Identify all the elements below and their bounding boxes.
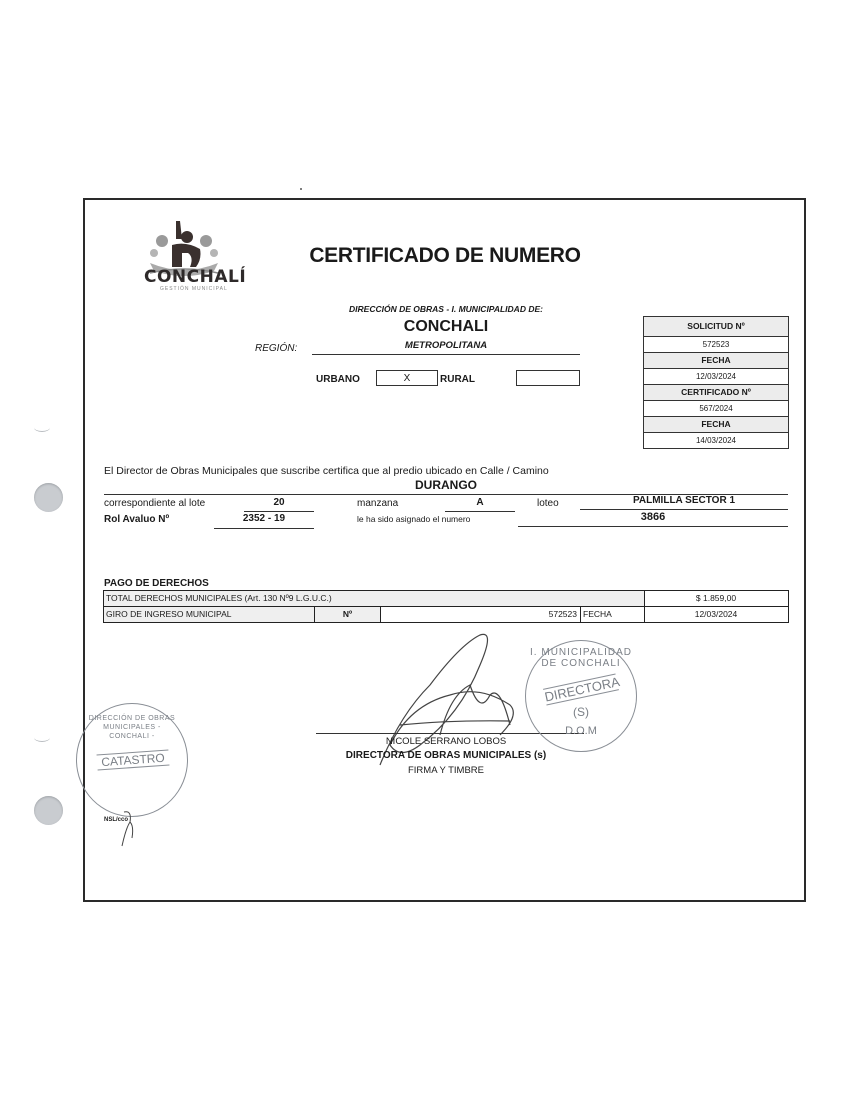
lote-value: 20	[244, 497, 314, 508]
catastro-stamp: DIRECCIÓN DE OBRAS MUNICIPALES - CONCHAL…	[76, 703, 188, 817]
payment-table: TOTAL DERECHOS MUNICIPALES (Art. 130 Nº9…	[103, 590, 789, 623]
punch-mark	[34, 423, 50, 432]
certification-statement: El Director de Obras Municipales que sus…	[104, 465, 549, 477]
urbano-checkbox: X	[376, 370, 438, 386]
stamp-center-text: CATASTRO	[97, 750, 170, 771]
loteo-underline	[580, 509, 788, 510]
stamp-bottom-text: D.O.M	[526, 725, 636, 737]
rol-underline	[214, 528, 314, 529]
municipality-name: CONCHALI	[312, 318, 580, 336]
logo-text: CONCHALÍ	[144, 267, 246, 287]
manzana-underline	[445, 511, 515, 512]
signature-caption: FIRMA Y TIMBRE	[312, 765, 580, 776]
solicitud-value: 572523	[644, 337, 788, 353]
request-info-box: SOLICITUD Nº 572523 FECHA 12/03/2024 CER…	[643, 316, 789, 449]
rol-value: 2352 - 19	[214, 513, 314, 524]
binder-hole	[34, 483, 63, 512]
region-value: METROPOLITANA	[312, 340, 580, 351]
scan-speck	[300, 188, 302, 190]
giro-row: GIRO DE INGRESO MUNICIPAL Nº 572523 FECH…	[104, 607, 788, 622]
signer-title: DIRECTORA DE OBRAS MUNICIPALES (s)	[312, 750, 580, 761]
rural-label: RURAL	[440, 374, 475, 385]
logo-subtext: GESTIÓN MUNICIPAL	[160, 286, 228, 292]
signer-name: NICOLE SERRANO LOBOS	[312, 736, 580, 747]
rol-label: Rol Avaluo Nº	[104, 514, 169, 525]
certificado-fecha-value: 14/03/2024	[644, 433, 788, 448]
assigned-number: 3866	[518, 511, 788, 523]
urbano-label: URBANO	[316, 374, 360, 385]
direction-label: DIRECCIÓN DE OBRAS - I. MUNICIPALIDAD DE…	[312, 304, 580, 314]
document-title: CERTIFICADO DE NUMERO	[300, 244, 590, 268]
numero-value: 572523	[381, 607, 581, 622]
rural-checkbox	[516, 370, 580, 386]
fecha-value: 12/03/2024	[645, 607, 787, 622]
stamp-ring-text: I. MUNICIPALIDAD DE CONCHALI	[526, 647, 636, 669]
initials-scribble-icon	[118, 808, 138, 848]
lote-label: correspondiente al lote	[104, 498, 205, 509]
certificado-header: CERTIFICADO Nº	[644, 385, 788, 401]
manzana-value: A	[445, 497, 515, 508]
solicitud-header: SOLICITUD Nº	[644, 317, 788, 337]
total-value: $ 1.859,00	[645, 591, 787, 606]
giro-label: GIRO DE INGRESO MUNICIPAL	[104, 607, 315, 622]
region-underline	[312, 354, 580, 355]
lote-underline	[244, 511, 314, 512]
certificado-value: 567/2024	[644, 401, 788, 417]
assigned-underline	[518, 526, 788, 527]
loteo-label: loteo	[537, 498, 559, 509]
fecha-label: FECHA	[581, 607, 645, 622]
stamp-ring-text: DIRECCIÓN DE OBRAS MUNICIPALES - CONCHAL…	[83, 714, 181, 741]
total-label: TOTAL DERECHOS MUNICIPALES (Art. 130 Nº9…	[104, 591, 645, 606]
loteo-value: PALMILLA SECTOR 1	[580, 495, 788, 506]
stamp-center-text: DIRECTORA	[543, 673, 619, 705]
manzana-label: manzana	[357, 498, 398, 509]
payment-title: PAGO DE DERECHOS	[104, 578, 209, 589]
street-name: DURANGO	[312, 478, 580, 492]
numero-label: Nº	[315, 607, 381, 622]
solicitud-fecha-header: FECHA	[644, 353, 788, 369]
stamp-center-sub: (S)	[526, 705, 636, 719]
region-label: REGIÓN:	[255, 343, 297, 354]
assigned-label: le ha sido asignado el numero	[357, 514, 470, 524]
punch-mark	[34, 733, 50, 742]
directora-stamp: I. MUNICIPALIDAD DE CONCHALI DIRECTORA (…	[525, 640, 637, 752]
binder-hole	[34, 796, 63, 825]
total-row: TOTAL DERECHOS MUNICIPALES (Art. 130 Nº9…	[104, 591, 788, 607]
certificado-fecha-header: FECHA	[644, 417, 788, 433]
solicitud-fecha-value: 12/03/2024	[644, 369, 788, 385]
